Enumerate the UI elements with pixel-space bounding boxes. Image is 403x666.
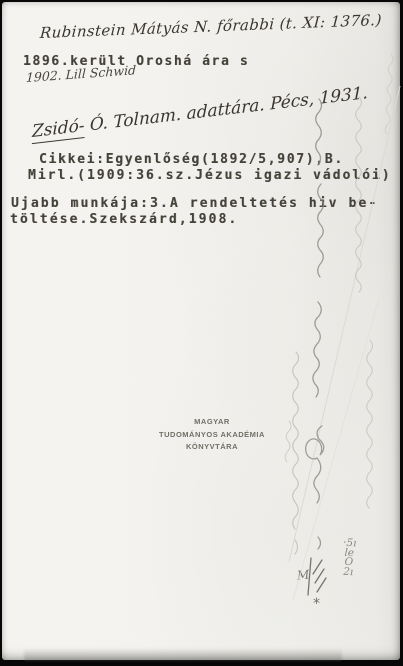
typed-ujabb-line2: töltése.Szekszárd,1908. xyxy=(10,212,238,227)
library-ownership-stamp: MAGYAR TUDOMÁNYOS AKADÉMIA KÖNYVTÁRA xyxy=(156,416,268,454)
catalog-card: Rubinstein Mátyás N. főrabbi (t. XI: 137… xyxy=(2,2,400,660)
pencil-corner-letter: M xyxy=(296,567,310,582)
stamp-line-3: KÖNYVTÁRA xyxy=(156,441,268,454)
handwritten-underlined-word: Zsidó- xyxy=(32,116,85,144)
typed-cikkei-line1: Cikkei:Egyenlőség(1892/5,907),B. xyxy=(39,152,344,167)
typed-cikkei-line2: Mirl.(1909:36.sz.Jézus igazi vádolói) xyxy=(28,168,392,183)
stamp-line-2: TUDOMÁNYOS AKADÉMIA xyxy=(156,429,268,442)
stamp-line-1: MAGYAR xyxy=(156,416,268,429)
pencil-shelfmark-column: ·5ıleO2ı xyxy=(341,539,357,578)
pencil-tally-marks xyxy=(308,558,326,595)
typed-ujabb-line1: Ujabb munkája:3.A rendeltetés hiv be- xyxy=(11,196,378,211)
vertical-pencil-script-faint xyxy=(285,54,393,554)
handwritten-header-name: Rubinstein Mátyás N. főrabbi (t. XI: 137… xyxy=(39,11,382,42)
handwritten-source-line: Zsidó- Ó. Tolnam. adattára. Pécs, 1931. xyxy=(32,83,368,142)
pencil-asterisk-mark: * xyxy=(313,596,320,612)
handwritten-source-rest: Ó. Tolnam. adattára. Pécs, 1931. xyxy=(84,83,368,136)
scanned-catalog-card-photo: Rubinstein Mátyás N. főrabbi (t. XI: 137… xyxy=(0,0,403,666)
bottom-edge-smudge xyxy=(24,648,342,661)
